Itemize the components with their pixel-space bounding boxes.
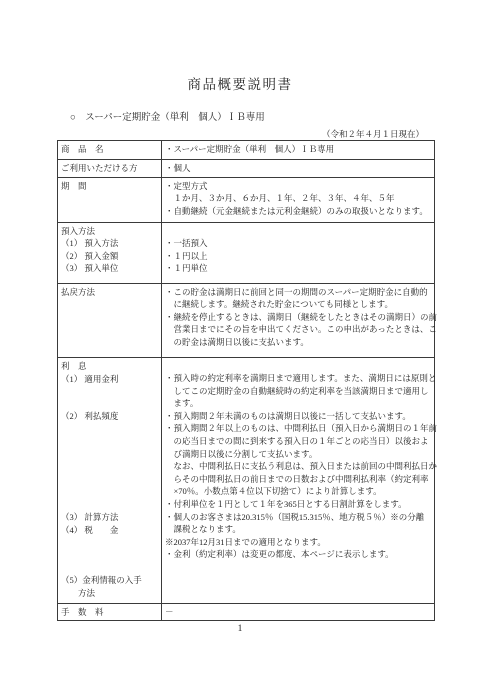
spacer [165,360,431,373]
row-content-cell: ・スーパー定期貯金（単利 個人）ＩＢ専用 [162,141,435,160]
row-label: 利 息 [61,360,87,373]
row-label-cell: 手 数 料 [58,604,162,621]
document-page: 商品概要説明書 ○ スーパー定期貯金（単利 個人）ＩＢ専用 （令和２年４月１日現… [0,0,480,679]
content-line: １か月、３か月、６か月、１年、２年、３年、４年、５年 [165,192,431,205]
row-label: （2） 利払頻度 [61,410,118,423]
row-label: 商 品 名 [61,143,158,156]
table-row: 預入方法 （1） 預入方法 （2） 預入金額 （3） 預入単位 ・一括預入 ・１… [58,223,435,284]
content-line: － [165,606,431,619]
row-content-cell: ・預入時の約定利率を満期日まで適用します。また、満期日には原則と してこの定期貯… [162,358,435,604]
section-heading: ○ スーパー定期貯金（単利 個人）ＩＢ専用 [70,109,265,123]
product-summary-table: 商 品 名 ・スーパー定期貯金（単利 個人）ＩＢ専用 ご利用いただける方 ・個人… [57,140,435,621]
row-content-cell: ・個人 [162,160,435,178]
content-line: ・預入時の約定利率を満期日まで適用します。また、満期日には原則と [165,372,431,385]
content-line: ・定型方式 [165,180,431,193]
table-row: 手 数 料 － [58,604,435,621]
row-label: （4） 税 金 [61,524,118,537]
content-line: ます。 [165,397,431,410]
table-row: 払戻方法 ・この貯金は満期日に前回と同一の期間のスーパー定期貯金に自動的 に継続… [58,284,435,358]
row-label: （3） 計算方法 [61,511,118,524]
row-content-cell: ・この貯金は満期日に前回と同一の期間のスーパー定期貯金に自動的 に継続します。継… [162,284,435,358]
content-line: の貯金は満期日以後に支払います。 [165,336,431,349]
row-label: （2） 預入金額 [61,250,158,263]
date-note: （令和２年４月１日現在） [57,128,424,140]
content-line: してこの定期貯金の自動継続時の約定利率を当該満期日まで適用し [165,385,431,398]
row-content-cell: ・一括預入 ・１円以上 ・１円単位 [162,223,435,284]
row-label-cell: ご利用いただける方 [58,160,162,178]
content-line: ・預入期間２年未満のものは満期日以後に一括して支払います。 [165,410,431,423]
row-label: 払戻方法 [61,286,158,299]
content-line: 営業日までにその旨を申出てください。この申出があったときは、こ [165,323,431,336]
row-label: 期 間 [61,180,158,193]
row-label-cell: 払戻方法 [58,284,162,358]
row-label-cell: 利 息 （1） 適用金利 （2） 利払頻度 （3） 計算方法 （4） 税 金 （… [58,358,162,604]
row-content-cell: － [162,604,435,621]
content-line: の応当日までの間に到来する預入日の１年ごとの応当日）以後およ [165,435,431,448]
content-line: ・自動継続（元金継続または元利金継続）のみの取扱いとなります。 [165,205,431,218]
content-line: に継続します。継続された貯金についても同様とします。 [165,298,431,311]
row-label: （1） 預入方法 [61,237,158,250]
content-line: 課税となります。 [165,523,431,536]
table-row: 期 間 ・定型方式 １か月、３か月、６か月、１年、２年、３年、４年、５年 ・自動… [58,178,435,223]
row-label: 手 数 料 [61,606,158,619]
page-number: 1 [0,624,480,634]
content-line: ・個人のお客さまは20.315％（国税15.315％、地方税５％）※の分離 [165,511,431,524]
content-line: ・個人 [165,162,431,175]
content-line: ・一括預入 [165,237,431,250]
content-line: び満期日以後に分割して支払います。 [165,448,431,461]
content-line: ・１円以上 [165,250,431,263]
row-label-cell: 商 品 名 [58,141,162,160]
table-row: 利 息 （1） 適用金利 （2） 利払頻度 （3） 計算方法 （4） 税 金 （… [58,358,435,604]
content-line: ・預入期間２年以上のものは、中間利払日（預入日から満期日の１年前 [165,422,431,435]
row-label: （3） 預入単位 [61,262,158,275]
row-content-cell: ・定型方式 １か月、３か月、６か月、１年、２年、３年、４年、５年 ・自動継続（元… [162,178,435,223]
row-label-cell: 預入方法 （1） 預入方法 （2） 預入金額 （3） 預入単位 [58,223,162,284]
content-line: ・１円単位 [165,262,431,275]
content-line: ※2037年12月31日までの適用となります。 [165,536,431,549]
table-row: 商 品 名 ・スーパー定期貯金（単利 個人）ＩＢ専用 [58,141,435,160]
content-line: ・この貯金は満期日に前回と同一の期間のスーパー定期貯金に自動的 [165,286,431,299]
content-line: ・付利単位を１円として１年を365日とする日割計算をします。 [165,498,431,511]
content-line: なお、中間利払日に支払う利息は、預入日または前回の中間利払日か [165,460,431,473]
row-label-cell: 期 間 [58,178,162,223]
row-label: ご利用いただける方 [61,162,158,175]
table-row: ご利用いただける方 ・個人 [58,160,435,178]
content-line: ×70％。小数点第４位以下切捨て）により計算します。 [165,485,431,498]
content-line: らその中間利払日の前日までの日数および中間利払利率（約定利率 [165,473,431,486]
content-line: ・スーパー定期貯金（単利 個人）ＩＢ専用 [165,143,431,156]
row-label: 方法 [78,587,95,600]
spacer [165,225,431,238]
content-line: ・金利（約定利率）は変更の都度、本ページに表示します。 [165,548,431,561]
content-line: ・継続を停止するときは、満期日（継続をしたときはその満期日）の前 [165,311,431,324]
row-label: 預入方法 [61,225,158,238]
row-label: （1） 適用金利 [61,373,118,386]
page-title: 商品概要説明書 [0,73,480,93]
row-label: （5）金利情報の入手 [61,574,142,587]
